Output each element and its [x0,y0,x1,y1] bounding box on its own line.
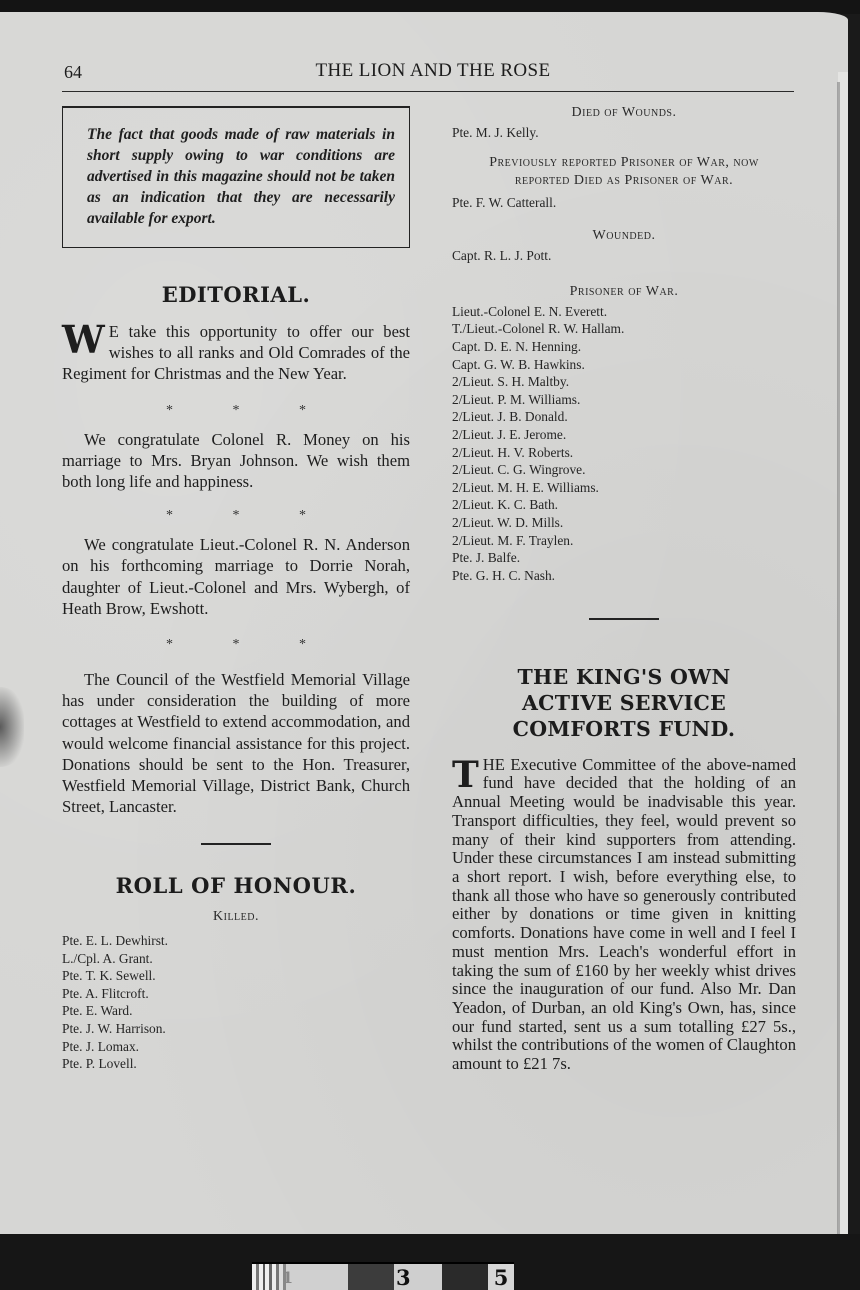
editorial-paragraph-1-text: E take this opportunity to offer our bes… [62,322,410,383]
comforts-fund-title: THE KING'S OWN ACTIVE SERVICE COMFORTS F… [452,664,796,742]
page-edge-line [837,82,840,1242]
thumb-shadow [0,687,24,767]
list-item: 2/Lieut. J. E. Jerome. [452,426,796,444]
list-item: 2/Lieut. J. B. Donald. [452,408,796,426]
calibration-patch-1: 1 [252,1264,348,1290]
section-rule [201,843,271,845]
killed-list: Pte. E. L. Dewhirst. L./Cpl. A. Grant. P… [62,932,410,1073]
list-item: Pte. M. J. Kelly. [452,124,796,142]
list-item: 2/Lieut. S. H. Maltby. [452,373,796,391]
calibration-patch-dark [348,1264,394,1290]
list-item: Pte. J. Balfe. [452,549,796,567]
list-item: 2/Lieut. C. G. Wingrove. [452,461,796,479]
list-item: 2/Lieut. H. V. Roberts. [452,444,796,462]
section-separator: * * * [62,637,410,653]
calibration-patch-3: 3 [394,1264,442,1290]
list-item: Pte. E. L. Dewhirst. [62,932,410,950]
list-item: Pte. T. K. Sewell. [62,967,410,985]
roll-of-honour-title: ROLL OF HONOUR. [62,873,410,898]
died-as-prisoner-list: Pte. F. W. Catterall. [452,194,796,212]
prisoner-of-war-heading: Prisoner of War. [452,283,796,301]
list-item: Capt. D. E. N. Henning. [452,338,796,356]
editorial-paragraph-2: We congratulate Colonel R. Money on his … [62,429,410,493]
section-separator: * * * [62,508,410,524]
comforts-fund-title-line: ACTIVE SERVICE [452,690,796,716]
comforts-fund-report: T HE Executive Committee of the above-na… [452,756,796,1074]
editorial-paragraph-4: The Council of the Westfield Memorial Vi… [62,669,410,817]
list-item: Capt. R. L. J. Pott. [452,247,796,265]
wounded-list: Capt. R. L. J. Pott. [452,247,796,265]
list-item: L./Cpl. A. Grant. [62,950,410,968]
calibration-patch-5: 5 [488,1264,514,1290]
export-notice-box: The fact that goods made of raw material… [62,106,410,248]
killed-heading: Killed. [62,908,410,926]
wounded-heading: Wounded. [452,227,796,245]
color-calibration-strip: 1 3 5 [252,1262,514,1290]
comforts-fund-report-text: HE Executive Committee of the above-name… [452,755,796,1073]
died-of-wounds-list: Pte. M. J. Kelly. [452,124,796,142]
list-item: 2/Lieut. M. H. E. Williams. [452,479,796,497]
died-as-prisoner-heading: Previously reported Prisoner of War, now… [452,154,796,190]
list-item: Pte. P. Lovell. [62,1055,410,1073]
section-rule [589,618,659,620]
calibration-patch-dark [442,1264,488,1290]
editorial-title: EDITORIAL. [62,282,410,307]
running-title: THE LION AND THE ROSE [62,60,794,82]
list-item: Pte. A. Flitcroft. [62,985,410,1003]
list-item: Capt. G. W. B. Hawkins. [452,356,796,374]
editorial-paragraph-3: We congratulate Lieut.-Colonel R. N. And… [62,534,410,619]
comforts-fund-title-line: COMFORTS FUND. [452,716,796,742]
list-item: Lieut.-Colonel E. N. Everett. [452,303,796,321]
left-column: The fact that goods made of raw material… [62,106,410,1073]
list-item: Pte. J. W. Harrison. [62,1020,410,1038]
dropcap-t: T [452,759,479,791]
prisoner-of-war-list: Lieut.-Colonel E. N. Everett. T./Lieut.-… [452,303,796,585]
right-column: Died of Wounds. Pte. M. J. Kelly. Previo… [452,104,796,1074]
died-of-wounds-heading: Died of Wounds. [452,104,796,122]
running-header: 64 THE LION AND THE ROSE [62,60,794,92]
list-item: 2/Lieut. P. M. Williams. [452,391,796,409]
comforts-fund-title-line: THE KING'S OWN [452,664,796,690]
list-item: 2/Lieut. M. F. Traylen. [452,532,796,550]
section-separator: * * * [62,403,410,419]
list-item: 2/Lieut. K. C. Bath. [452,496,796,514]
editorial-paragraph-1: W E take this opportunity to offer our b… [62,321,410,385]
list-item: Pte. E. Ward. [62,1002,410,1020]
list-item: T./Lieut.-Colonel R. W. Hallam. [452,320,796,338]
list-item: 2/Lieut. W. D. Mills. [452,514,796,532]
list-item: Pte. J. Lomax. [62,1038,410,1056]
export-notice-text: The fact that goods made of raw material… [87,124,395,229]
list-item: Pte. F. W. Catterall. [452,194,796,212]
dropcap-w: W [62,323,105,357]
list-item: Pte. G. H. C. Nash. [452,567,796,585]
